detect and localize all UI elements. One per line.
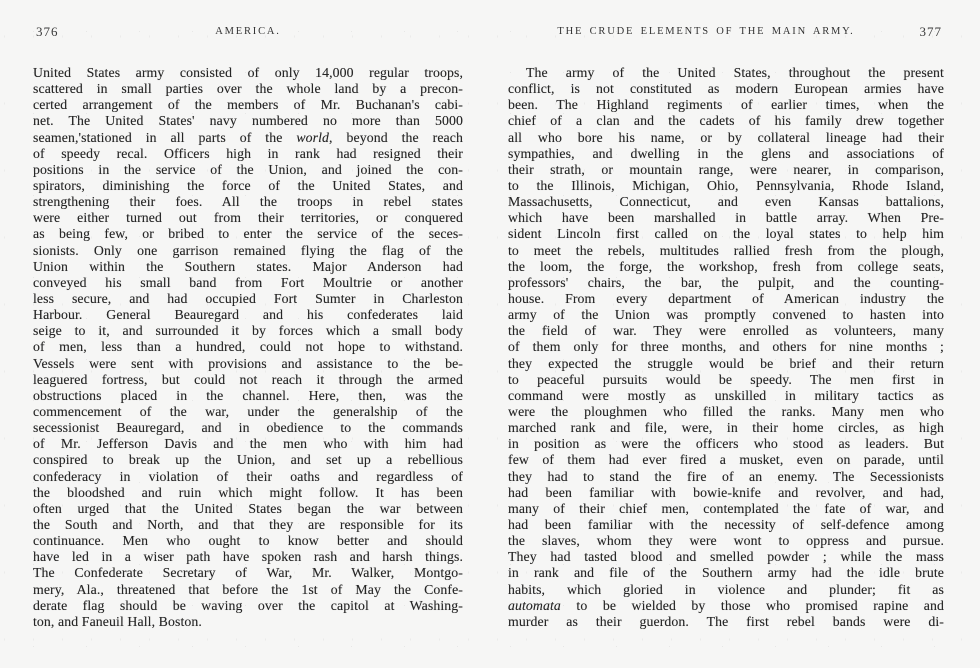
- text-line: they expected the struggle would be brie…: [508, 356, 944, 372]
- text-line: to the Illinois, Michigan, Ohio, Pennsyl…: [508, 178, 944, 194]
- text-line: scattered in small parties over the whol…: [33, 81, 463, 97]
- text-line: conspired to break up the Union, and set…: [33, 452, 463, 468]
- text-line: many of their chief men, contemplated th…: [508, 501, 944, 517]
- text-line: The army of the United States, throughou…: [508, 65, 944, 81]
- text-line: the field of war. They were enrolled as …: [508, 323, 944, 339]
- text-line: been. The Highland regiments of earlier …: [508, 97, 944, 113]
- text-line: positions in the service of the Union, a…: [33, 162, 463, 178]
- text-line: in position as were the officers who sto…: [508, 436, 944, 452]
- text-line: United States army consisted of only 14,…: [33, 65, 463, 81]
- text-line: strengthening their foes. All the troops…: [33, 194, 463, 210]
- text-line: Massachusetts, Connecticut, and even Kan…: [508, 194, 944, 210]
- text-line: sympathies, and dwelling in the glens an…: [508, 146, 944, 162]
- text-line: to peaceful pursuits would be speedy. Th…: [508, 372, 944, 388]
- text-line: less secure, and had occupied Fort Sumte…: [33, 291, 463, 307]
- text-line: the South and North, and that they are r…: [33, 517, 463, 533]
- text-line: sionists. Only one garrison remained fly…: [33, 243, 463, 259]
- text-line: continuance. Men who ought to know bette…: [33, 533, 463, 549]
- text-line: obstructions placed in the channel. Here…: [33, 388, 463, 404]
- text-line: of Mr. Jefferson Davis and the men who w…: [33, 436, 463, 452]
- text-line: command were mostly as unskilled in mili…: [508, 388, 944, 404]
- text-line: were the ploughmen who filled the ranks.…: [508, 404, 944, 420]
- text-line: sident Lincoln first called on the loyal…: [508, 226, 944, 242]
- text-line: conveyed his small band from Fort Moultr…: [33, 275, 463, 291]
- page-number-377: 377: [920, 24, 943, 40]
- text-line: the bloodshed and ruin which might follo…: [33, 485, 463, 501]
- text-line: were either turned out from their territ…: [33, 210, 463, 226]
- running-header-right: THE CRUDE ELEMENTS OF THE MAIN ARMY.: [508, 26, 944, 37]
- text-line: certed arrangement of the members of Mr.…: [33, 97, 463, 113]
- text-line: chief of a clan and the cadets of his fa…: [508, 113, 944, 129]
- text-line: have led in a wiser path have spoken ras…: [33, 549, 463, 565]
- page-right: THE CRUDE ELEMENTS OF THE MAIN ARMY. 377…: [508, 24, 944, 630]
- text-line: in rank and file of the Southern army ha…: [508, 565, 944, 581]
- text-line: seamen,'stationed in all parts of the wo…: [33, 130, 463, 146]
- page-right-header: THE CRUDE ELEMENTS OF THE MAIN ARMY. 377: [508, 24, 944, 41]
- text-line: Union within the Southern states. Major …: [33, 259, 463, 275]
- text-line: conflict, is not constituted as modern E…: [508, 81, 944, 97]
- text-line: professors' chairs, the bar, the pulpit,…: [508, 275, 944, 291]
- text-line: Vessels were sent with provisions and as…: [33, 356, 463, 372]
- text-line: had been familiar with bowie-knife and r…: [508, 485, 944, 501]
- text-line: they had to stand the fire of an enemy. …: [508, 469, 944, 485]
- text-line: commencement of the war, under the gener…: [33, 404, 463, 420]
- text-line: of men, less than a hundred, could not h…: [33, 339, 463, 355]
- text-line: all who bore his name, or by collateral …: [508, 130, 944, 146]
- page-left: 376 AMERICA. United States army consiste…: [33, 24, 463, 630]
- text-line: spirators, diminishing the force of the …: [33, 178, 463, 194]
- text-line: net. The United States' navy numbered no…: [33, 113, 463, 129]
- text-line: their strath, or mountain range, were ne…: [508, 162, 944, 178]
- text-line: secessionist Beauregard, and in obedienc…: [33, 420, 463, 436]
- text-line: ton, and Faneuil Hall, Boston.: [33, 614, 463, 630]
- text-line: They had tasted blood and smelled powder…: [508, 549, 944, 565]
- text-line: of them only for three months, and other…: [508, 339, 944, 355]
- running-header-left: AMERICA.: [33, 26, 463, 37]
- text-line: house. From every department of American…: [508, 291, 944, 307]
- text-line: the loom, the forge, the workshop, fresh…: [508, 259, 944, 275]
- text-line: to meet the rebels, multitudes rallied f…: [508, 243, 944, 259]
- text-line: The Confederate Secretary of War, Mr. Wa…: [33, 565, 463, 581]
- book-spread: 376 AMERICA. United States army consiste…: [0, 0, 980, 668]
- text-line: murder as their guerdon. The first rebel…: [508, 614, 944, 630]
- text-line: habits, which gloried in violence and pl…: [508, 582, 944, 598]
- text-line: automata to be wielded by those who prom…: [508, 598, 944, 614]
- text-line: of speedy recal. Officers high in rank h…: [33, 146, 463, 162]
- text-line: few of them had ever fired a musket, eve…: [508, 452, 944, 468]
- text-line: marched rank and file, were, in their ho…: [508, 420, 944, 436]
- text-line: confederacy in violation of their oaths …: [33, 469, 463, 485]
- text-line: army of the Union was promptly convened …: [508, 307, 944, 323]
- text-line: as being few, or bribed to enter the ser…: [33, 226, 463, 242]
- text-line: had been familiar with the necessity of …: [508, 517, 944, 533]
- text-line: seige to it, and surrounded it by forces…: [33, 323, 463, 339]
- page-body: The army of the United States, throughou…: [508, 65, 944, 630]
- text-line: which have been marshalled in battle arr…: [508, 210, 944, 226]
- text-line: often urged that the United States began…: [33, 501, 463, 517]
- text-line: mery, Ala., threatened that before the 1…: [33, 582, 463, 598]
- text-line: derate flag should be waving over the ca…: [33, 598, 463, 614]
- text-line: leaguered fortress, but could not reach …: [33, 372, 463, 388]
- page-body: United States army consisted of only 14,…: [33, 65, 463, 630]
- text-line: the slaves, whom they were wont to oppre…: [508, 533, 944, 549]
- text-line: Harbour. General Beauregard and his conf…: [33, 307, 463, 323]
- page-left-header: 376 AMERICA.: [33, 24, 463, 41]
